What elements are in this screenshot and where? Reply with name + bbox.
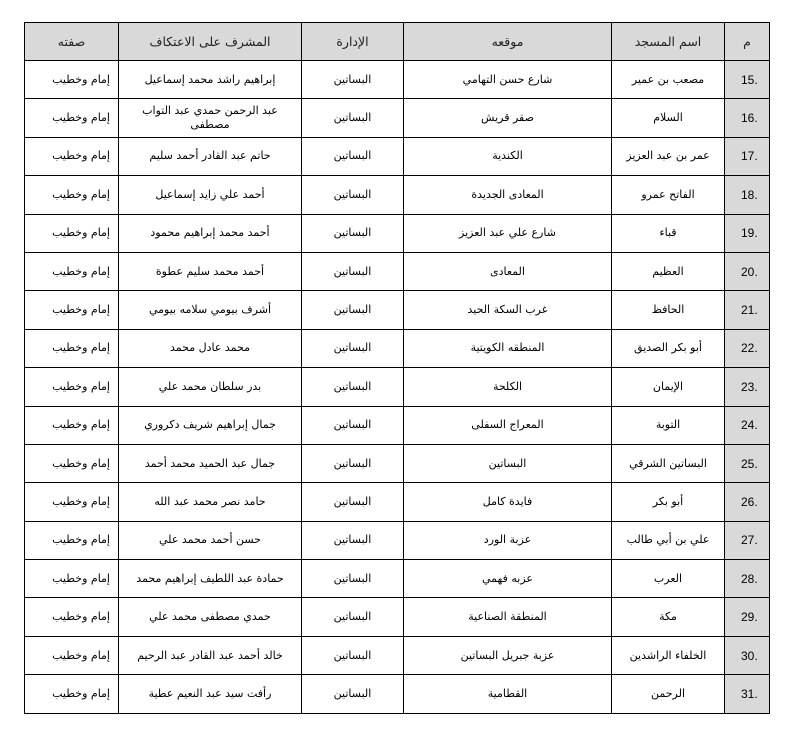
mosque-location: المعادى الجديدة <box>404 176 612 214</box>
supervisor-name: أشرف بيومي سلامه بيومي <box>119 291 302 329</box>
mosque-name: الإيمان <box>612 368 725 406</box>
mosque-name: أبو بكر <box>612 483 725 521</box>
supervisor-role: إمام وخطيب <box>25 598 119 636</box>
supervisor-name: حمدي مصطفى محمد علي <box>119 598 302 636</box>
mosque-name: مكة <box>612 598 725 636</box>
mosque-name: قباء <box>612 214 725 252</box>
supervisor-name: بدر سلطان محمد علي <box>119 368 302 406</box>
row-number: 27. <box>725 521 770 559</box>
header-row: م اسم المسجد موقعه الإدارة المشرف على ال… <box>25 23 770 61</box>
table-row: 30.الخلفاء الراشدينعزبة جبريل البساتينال… <box>25 636 770 674</box>
administration: البساتين <box>302 521 404 559</box>
supervisor-name: إبراهيم راشد محمد إسماعيل <box>119 61 302 99</box>
table-row: 25.البساتين الشرقيالبساتينالبساتينجمال ع… <box>25 444 770 482</box>
mosque-location: البساتين <box>404 444 612 482</box>
header-location: موقعه <box>404 23 612 61</box>
supervisor-role: إمام وخطيب <box>25 176 119 214</box>
supervisor-role: إمام وخطيب <box>25 406 119 444</box>
table-row: 22.أبو بكر الصديقالمنطقه الكويتيةالبساتي… <box>25 329 770 367</box>
supervisor-role: إمام وخطيب <box>25 137 119 175</box>
supervisor-name: حسن أحمد محمد علي <box>119 521 302 559</box>
supervisor-name: حامد نصر محمد عبد الله <box>119 483 302 521</box>
table-row: 31.الرحمنالقطاميةالبساتينرأفت سيد عبد ال… <box>25 675 770 713</box>
supervisor-role: إمام وخطيب <box>25 675 119 713</box>
mosque-name: التوبة <box>612 406 725 444</box>
administration: البساتين <box>302 636 404 674</box>
supervisor-name: حمادة عبد اللطيف إبراهيم محمد <box>119 560 302 598</box>
mosque-location: شارع علي عبد العزيز <box>404 214 612 252</box>
row-number: 19. <box>725 214 770 252</box>
mosque-location: المعادى <box>404 252 612 290</box>
mosque-location: القطامية <box>404 675 612 713</box>
administration: البساتين <box>302 368 404 406</box>
mosque-name: العرب <box>612 560 725 598</box>
table-row: 15.مصعب بن عميرشارع حسن التهاميالبساتينإ… <box>25 61 770 99</box>
mosque-name: الحافظ <box>612 291 725 329</box>
supervisor-role: إمام وخطيب <box>25 291 119 329</box>
row-number: 28. <box>725 560 770 598</box>
supervisor-name: محمد عادل محمد <box>119 329 302 367</box>
header-administration: الإدارة <box>302 23 404 61</box>
administration: البساتين <box>302 291 404 329</box>
mosque-location: عزبة جبريل البساتين <box>404 636 612 674</box>
mosque-location: صقر قريش <box>404 99 612 137</box>
row-number: 26. <box>725 483 770 521</box>
administration: البساتين <box>302 483 404 521</box>
supervisor-role: إمام وخطيب <box>25 368 119 406</box>
supervisor-role: إمام وخطيب <box>25 636 119 674</box>
supervisor-role: إمام وخطيب <box>25 560 119 598</box>
table-row: 18.الفاتح عمروالمعادى الجديدةالبساتينأحم… <box>25 176 770 214</box>
mosque-location: الكندية <box>404 137 612 175</box>
table-row: 28.العربعزبه فهميالبساتينحمادة عبد اللطي… <box>25 560 770 598</box>
row-number: 24. <box>725 406 770 444</box>
administration: البساتين <box>302 329 404 367</box>
row-number: 22. <box>725 329 770 367</box>
mosque-location: المنطقه الكويتية <box>404 329 612 367</box>
mosque-location: المعراج السفلى <box>404 406 612 444</box>
mosque-location: عزبة الورد <box>404 521 612 559</box>
header-mosque-name: اسم المسجد <box>612 23 725 61</box>
row-number: 30. <box>725 636 770 674</box>
supervisor-name: خالد أحمد عبد القادر عبد الرحيم <box>119 636 302 674</box>
row-number: 17. <box>725 137 770 175</box>
supervisor-name: جمال إبراهيم شريف دكروري <box>119 406 302 444</box>
row-number: 23. <box>725 368 770 406</box>
row-number: 25. <box>725 444 770 482</box>
mosque-name: الرحمن <box>612 675 725 713</box>
mosque-location: الكلحة <box>404 368 612 406</box>
table-row: 19.قباءشارع علي عبد العزيزالبساتينأحمد م… <box>25 214 770 252</box>
supervisor-role: إمام وخطيب <box>25 329 119 367</box>
administration: البساتين <box>302 444 404 482</box>
supervisor-name: أحمد محمد إبراهيم محمود <box>119 214 302 252</box>
supervisor-role: إمام وخطيب <box>25 99 119 137</box>
mosque-name: مصعب بن عمير <box>612 61 725 99</box>
table-body: 15.مصعب بن عميرشارع حسن التهاميالبساتينإ… <box>25 61 770 714</box>
table-row: 24.التوبةالمعراج السفلىالبساتينجمال إبرا… <box>25 406 770 444</box>
supervisor-name: حاتم عبد القادر أحمد سليم <box>119 137 302 175</box>
supervisor-name: جمال عبد الحميد محمد أحمد <box>119 444 302 482</box>
administration: البساتين <box>302 598 404 636</box>
mosque-location: فايدة كامل <box>404 483 612 521</box>
mosque-location: غرب السكة الحيد <box>404 291 612 329</box>
table-row: 20.العظيمالمعادىالبساتينأحمد محمد سليم ع… <box>25 252 770 290</box>
administration: البساتين <box>302 252 404 290</box>
row-number: 20. <box>725 252 770 290</box>
row-number: 16. <box>725 99 770 137</box>
supervisor-role: إمام وخطيب <box>25 521 119 559</box>
mosque-name: عمر بن عبد العزيز <box>612 137 725 175</box>
row-number: 15. <box>725 61 770 99</box>
supervisor-role: إمام وخطيب <box>25 252 119 290</box>
header-role: صفته <box>25 23 119 61</box>
mosque-name: العظيم <box>612 252 725 290</box>
administration: البساتين <box>302 675 404 713</box>
mosque-supervisors-table: م اسم المسجد موقعه الإدارة المشرف على ال… <box>24 22 770 714</box>
table-row: 27.علي بن أبي طالبعزبة الوردالبساتينحسن … <box>25 521 770 559</box>
supervisor-role: إمام وخطيب <box>25 444 119 482</box>
mosque-name: الخلفاء الراشدين <box>612 636 725 674</box>
mosque-name: الفاتح عمرو <box>612 176 725 214</box>
table-header: م اسم المسجد موقعه الإدارة المشرف على ال… <box>25 23 770 61</box>
supervisor-role: إمام وخطيب <box>25 483 119 521</box>
row-number: 18. <box>725 176 770 214</box>
supervisor-name: عبد الرحمن حمدي عبد التواب مصطفى <box>119 99 302 137</box>
table-row: 21.الحافظغرب السكة الحيدالبساتينأشرف بيو… <box>25 291 770 329</box>
table-row: 23.الإيمانالكلحةالبساتينبدر سلطان محمد ع… <box>25 368 770 406</box>
supervisor-role: إمام وخطيب <box>25 214 119 252</box>
supervisor-name: رأفت سيد عبد النعيم عطية <box>119 675 302 713</box>
table-row: 17.عمر بن عبد العزيزالكنديةالبساتينحاتم … <box>25 137 770 175</box>
administration: البساتين <box>302 137 404 175</box>
mosque-location: عزبه فهمي <box>404 560 612 598</box>
administration: البساتين <box>302 61 404 99</box>
mosque-name: أبو بكر الصديق <box>612 329 725 367</box>
mosque-location: المنطقة الصناعية <box>404 598 612 636</box>
mosque-name: علي بن أبي طالب <box>612 521 725 559</box>
mosque-name: السلام <box>612 99 725 137</box>
administration: البساتين <box>302 214 404 252</box>
row-number: 31. <box>725 675 770 713</box>
supervisor-name: أحمد محمد سليم عطوة <box>119 252 302 290</box>
header-supervisor: المشرف على الاعتكاف <box>119 23 302 61</box>
administration: البساتين <box>302 176 404 214</box>
row-number: 21. <box>725 291 770 329</box>
mosque-name: البساتين الشرقي <box>612 444 725 482</box>
mosque-location: شارع حسن التهامي <box>404 61 612 99</box>
table-row: 29.مكةالمنطقة الصناعيةالبساتينحمدي مصطفى… <box>25 598 770 636</box>
administration: البساتين <box>302 560 404 598</box>
administration: البساتين <box>302 406 404 444</box>
table-row: 16.السلامصقر قريشالبساتينعبد الرحمن حمدي… <box>25 99 770 137</box>
supervisor-name: أحمد علي زايد إسماعيل <box>119 176 302 214</box>
administration: البساتين <box>302 99 404 137</box>
supervisor-role: إمام وخطيب <box>25 61 119 99</box>
table-row: 26.أبو بكرفايدة كاملالبساتينحامد نصر محم… <box>25 483 770 521</box>
row-number: 29. <box>725 598 770 636</box>
header-num: م <box>725 23 770 61</box>
